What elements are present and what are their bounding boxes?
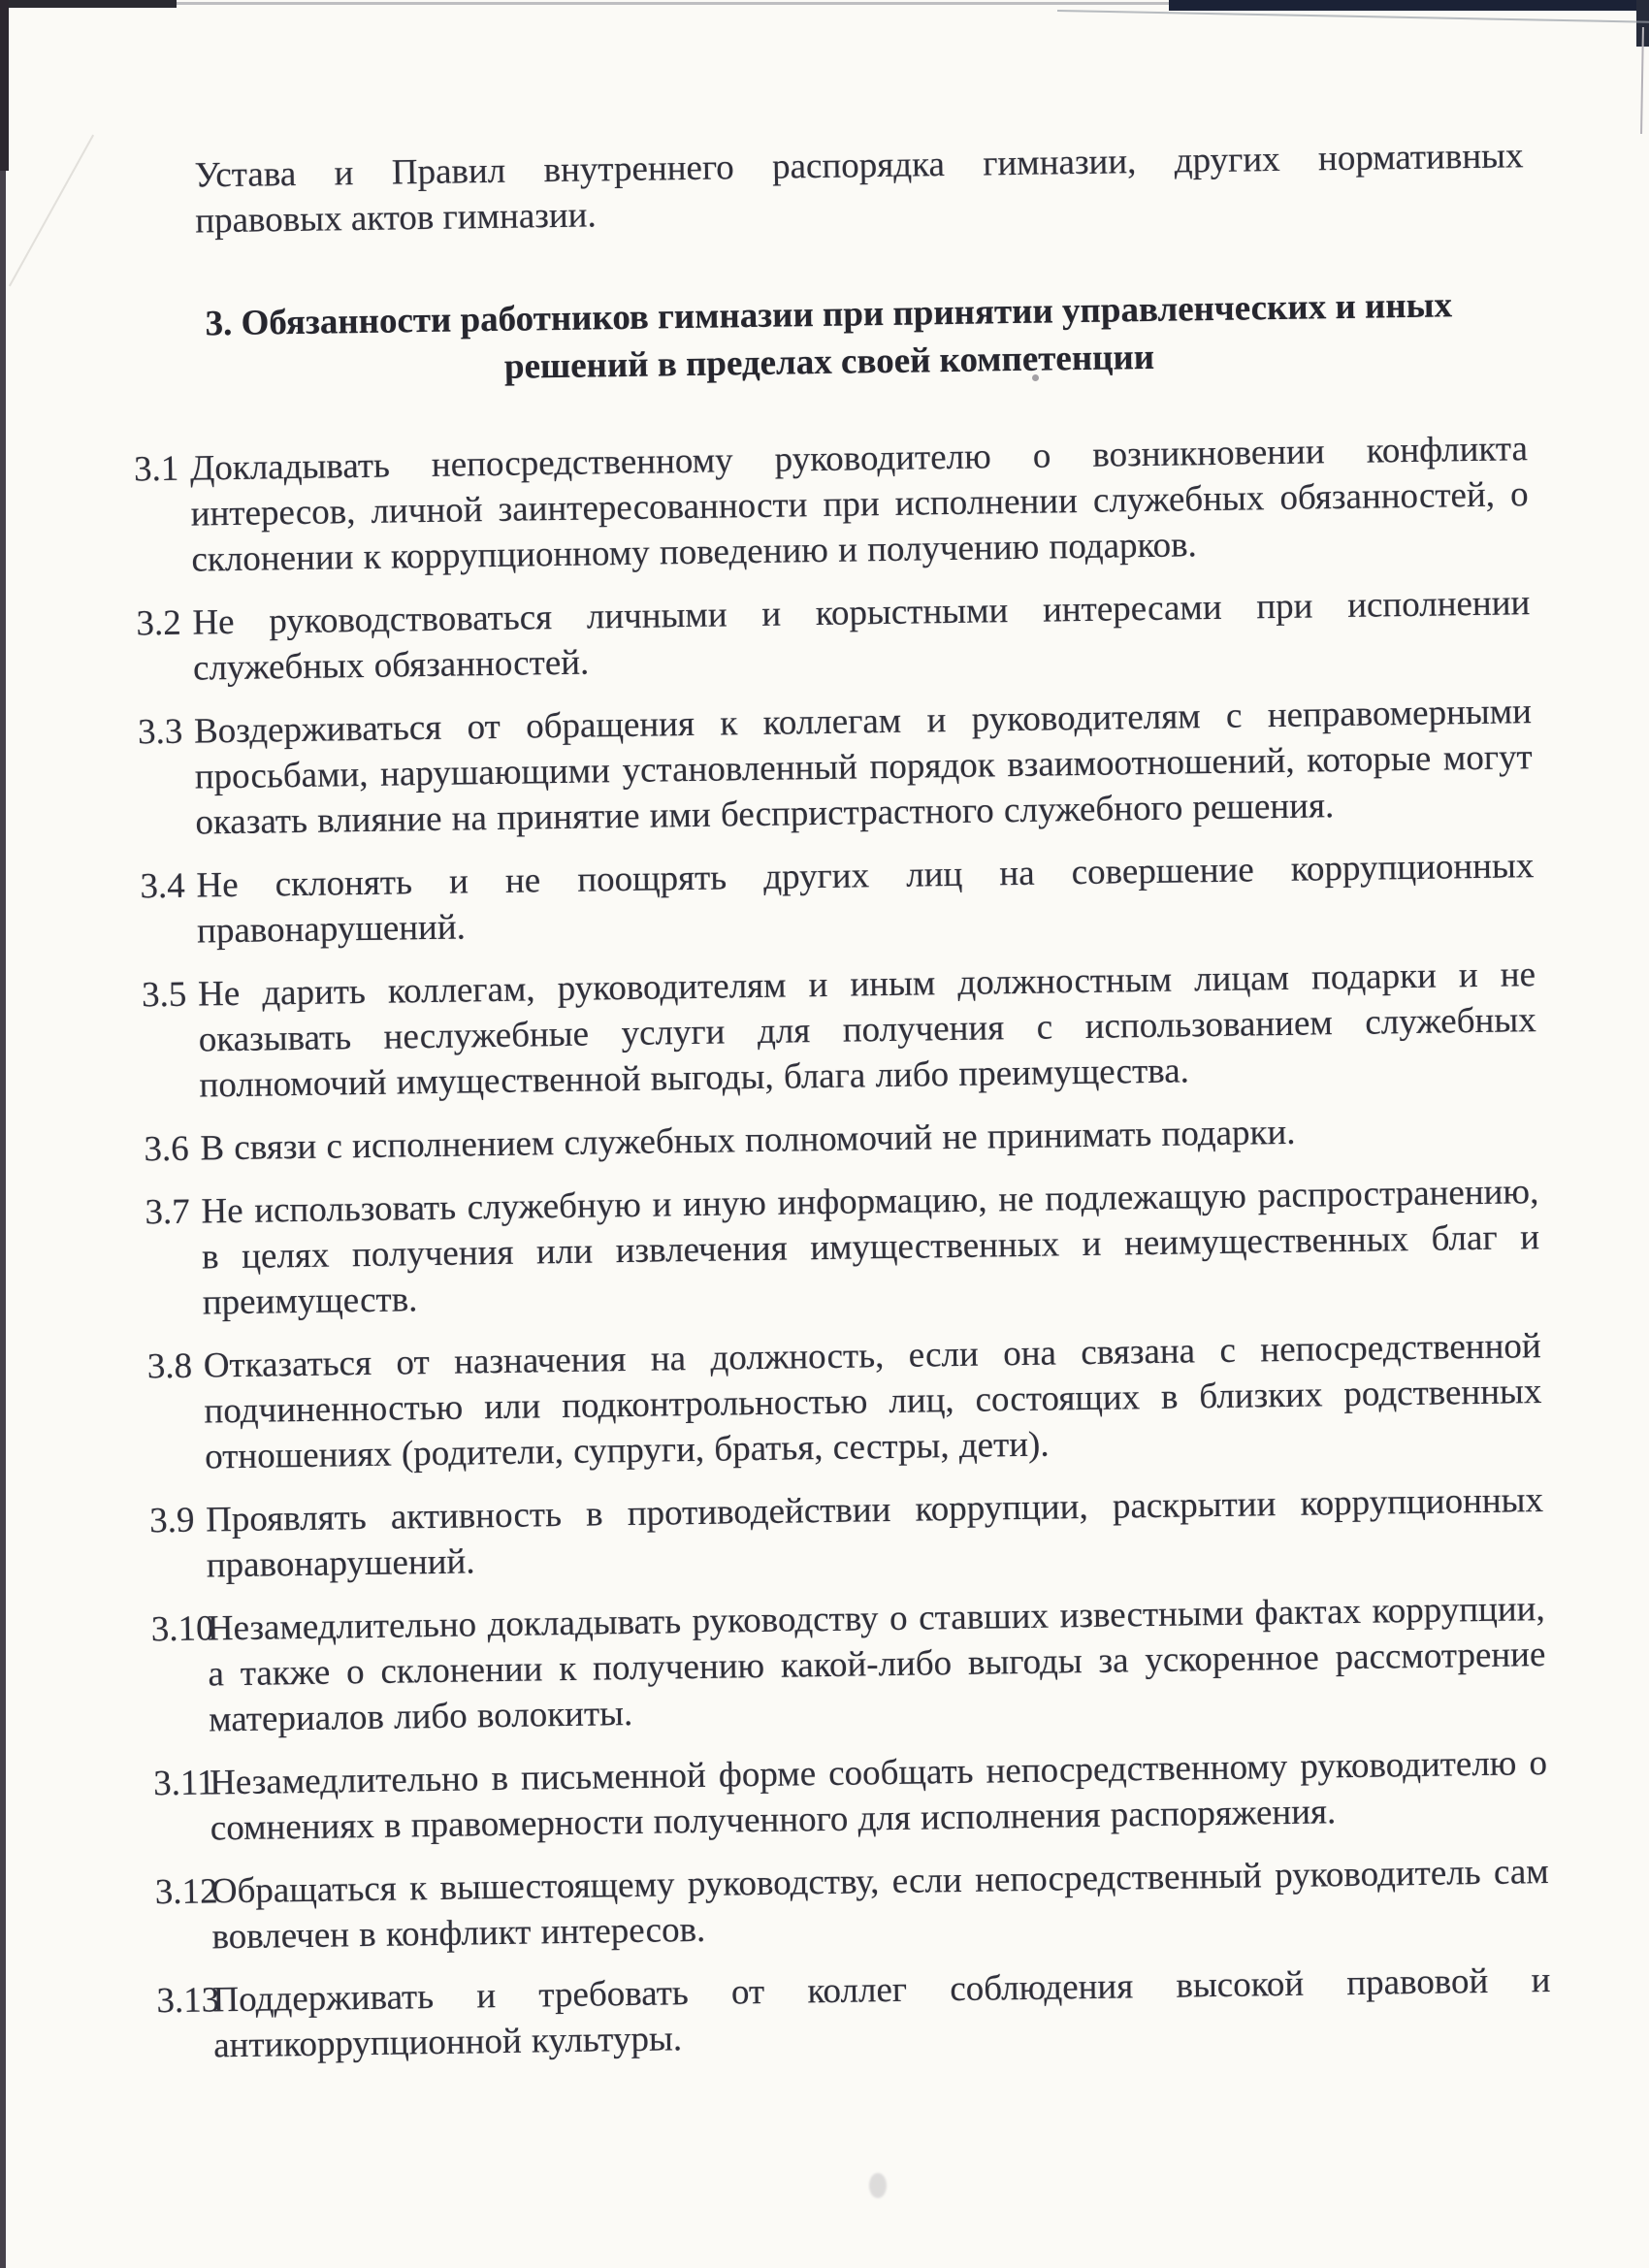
document-content: Устава и Правил внутреннего распорядка г… xyxy=(129,133,1551,2087)
obligations-list: 3.1Докладывать непосредственному руковод… xyxy=(134,426,1552,2069)
obligation-item: 3.2Не руководствоваться личными и корыст… xyxy=(136,580,1531,692)
scan-edge-top-right xyxy=(1169,0,1649,11)
obligation-item: 3.10Незамедлительно докладывать руководс… xyxy=(150,1586,1546,1743)
scan-edge-left-top xyxy=(0,0,9,171)
item-number: 3.10 xyxy=(150,1605,208,1652)
item-text: Не руководствоваться личными и корыстным… xyxy=(192,583,1530,688)
item-number: 3.3 xyxy=(138,709,195,756)
item-text: Не дарить коллегам, руководителям и иным… xyxy=(198,955,1536,1105)
item-number: 3.7 xyxy=(145,1189,202,1236)
obligation-item: 3.7Не использовать служебную и иную инфо… xyxy=(145,1169,1540,1326)
item-number: 3.2 xyxy=(136,600,193,647)
item-number: 3.1 xyxy=(134,446,191,493)
item-text: В связи с исполнением служебных полномоч… xyxy=(200,1113,1296,1169)
item-number: 3.4 xyxy=(140,863,197,910)
obligation-item: 3.9Проявлять активность в противодействи… xyxy=(149,1477,1544,1589)
scan-edge-top-left xyxy=(0,0,177,8)
item-text: Докладывать непосредственному руководите… xyxy=(190,429,1529,579)
intro-paragraph: Устава и Правил внутреннего распорядка г… xyxy=(194,133,1524,243)
item-number: 3.11 xyxy=(153,1760,210,1806)
item-number: 3.9 xyxy=(149,1497,207,1543)
item-number: 3.5 xyxy=(142,972,199,1019)
scan-edge-left xyxy=(0,0,6,2268)
item-text: Незамедлительно докладывать руководству … xyxy=(208,1589,1546,1739)
item-number: 3.8 xyxy=(146,1343,204,1389)
obligation-item: 3.12Обращаться к вышестоящему руководств… xyxy=(154,1849,1549,1960)
obligation-item: 3.11Незамедлительно в письменной форме с… xyxy=(153,1740,1548,1852)
item-text: Обращаться к вышестоящему руководству, е… xyxy=(211,1852,1549,1957)
scan-edge-top-mid xyxy=(177,2,1169,5)
obligation-item: 3.6В связи с исполнением служебных полно… xyxy=(144,1106,1538,1172)
scanned-document-page: Устава и Правил внутреннего распорядка г… xyxy=(0,0,1649,2268)
item-text: Не склонять и не поощрять других лиц на … xyxy=(196,846,1534,951)
scan-page-edge-line xyxy=(1057,10,1649,23)
item-number: 3.6 xyxy=(144,1126,201,1173)
obligation-item: 3.13Поддерживать и требовать от коллег с… xyxy=(156,1958,1551,2069)
section-heading: 3. Обязанности работников гимназии при п… xyxy=(131,280,1526,396)
obligation-item: 3.1Докладывать непосредственному руковод… xyxy=(134,426,1530,583)
item-text: Воздерживаться от обращения к коллегам и… xyxy=(194,692,1533,842)
item-number: 3.12 xyxy=(154,1868,211,1915)
scan-smudge xyxy=(869,2173,887,2198)
item-number: 3.13 xyxy=(156,1977,213,2024)
obligation-item: 3.8Отказаться от назначения на должность… xyxy=(146,1323,1542,1480)
item-text: Поддерживать и требовать от коллег соблю… xyxy=(212,1960,1550,2065)
item-text: Отказаться от назначения на должность, е… xyxy=(203,1326,1541,1476)
obligation-item: 3.5Не дарить коллегам, руководителям и и… xyxy=(142,952,1537,1109)
obligation-item: 3.4Не склонять и не поощрять других лиц … xyxy=(140,843,1535,955)
item-text: Проявлять активность в противодействии к… xyxy=(206,1480,1543,1585)
paper-crease xyxy=(9,135,94,287)
item-text: Не использовать служебную и иную информа… xyxy=(201,1172,1539,1322)
item-text: Незамедлительно в письменной форме сообщ… xyxy=(210,1743,1547,1848)
obligation-item: 3.3Воздерживаться от обращения к коллега… xyxy=(138,689,1534,846)
